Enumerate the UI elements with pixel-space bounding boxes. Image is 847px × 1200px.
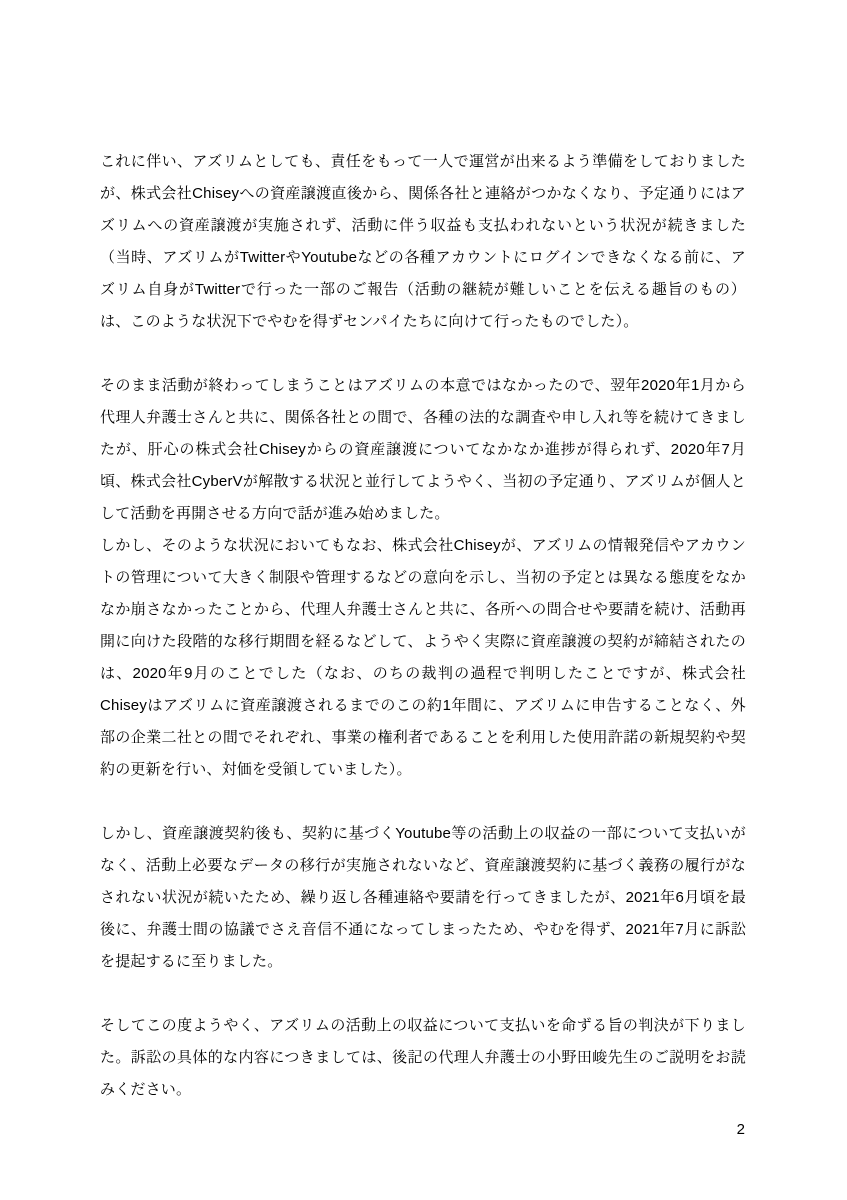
document-page: これに伴い、アズリムとしても、責任をもって一人で運営が出来るよう準備をしておりま… xyxy=(0,0,847,1200)
page-number: 2 xyxy=(0,1118,745,1142)
paragraph-4: しかし、資産譲渡契約後も、契約に基づくYoutube等の活動上の収益の一部につい… xyxy=(100,818,746,978)
paragraph-3: しかし、そのような状況においてもなお、株式会社Chiseyが、アズリムの情報発信… xyxy=(100,530,746,786)
paragraph-5: そしてこの度ようやく、アズリムの活動上の収益について支払いを命ずる旨の判決が下り… xyxy=(100,1010,746,1106)
paragraph-1: これに伴い、アズリムとしても、責任をもって一人で運営が出来るよう準備をしておりま… xyxy=(100,146,746,338)
paragraph-2: そのまま活動が終わってしまうことはアズリムの本意ではなかったので、翌年2020年… xyxy=(100,370,746,530)
document-body: これに伴い、アズリムとしても、責任をもって一人で運営が出来るよう準備をしておりま… xyxy=(100,146,746,1106)
